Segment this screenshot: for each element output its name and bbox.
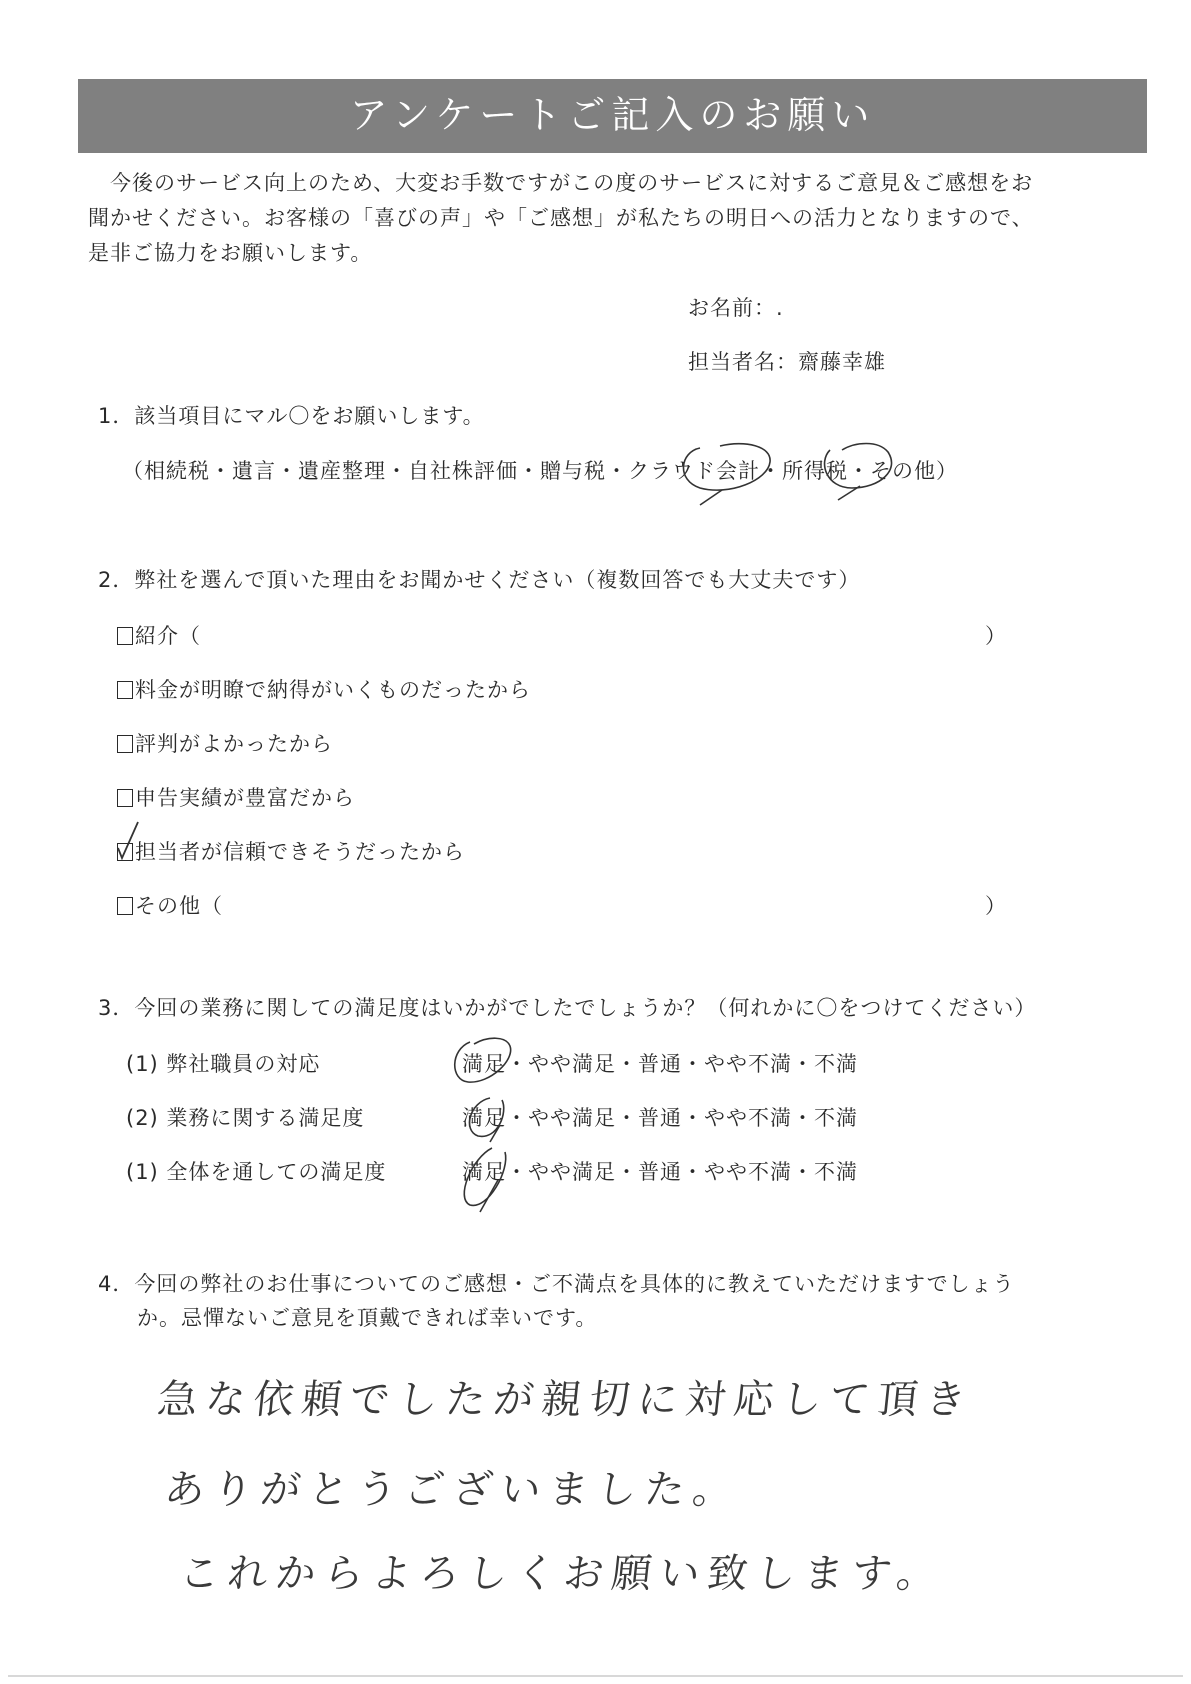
separator: ・: [792, 1106, 814, 1130]
q4-answer-line-1[interactable]: 急な依頼でしたが親切に対応して頂き: [155, 1368, 977, 1425]
q2-other-close-paren: ）: [985, 892, 1007, 920]
q1-option-inheritance-tax[interactable]: 相続税: [144, 459, 210, 483]
checkbox-unchecked-icon[interactable]: [117, 789, 133, 807]
q4-answer-line-2[interactable]: ありがとうございました。: [162, 1458, 744, 1515]
rating-dissatisfied[interactable]: 不満: [814, 1160, 858, 1184]
q1-question: 1．該当項目にマル〇をお願いします。: [98, 402, 485, 430]
checkbox-unchecked-icon[interactable]: [117, 627, 133, 645]
rating-somewhat-dissatisfied[interactable]: やや不満: [704, 1106, 792, 1130]
separator: ・: [506, 1106, 528, 1130]
q2-option-clear-pricing[interactable]: 料金が明瞭で納得がいくものだったから: [117, 676, 531, 704]
name-field[interactable]: お名前：.: [688, 294, 784, 322]
separator: ・: [760, 459, 782, 483]
intro-line-3: 是非ご協力をお願いします。: [88, 236, 372, 271]
q2-option-label: その他（: [135, 894, 223, 918]
rating-somewhat-satisfied[interactable]: やや満足: [528, 1052, 616, 1076]
q1-close-paren: ）: [936, 459, 958, 483]
q1-option-gift-tax[interactable]: 贈与税: [540, 459, 606, 483]
separator: ・: [276, 459, 298, 483]
q2-option-label: 申告実績が豊富だから: [135, 786, 355, 810]
separator: ・: [682, 1160, 704, 1184]
q3-row-1-scale: 満足・やや満足・普通・やや不満・不満: [462, 1050, 858, 1078]
rating-somewhat-dissatisfied[interactable]: やや不満: [704, 1052, 792, 1076]
separator: ・: [616, 1106, 638, 1130]
rating-somewhat-dissatisfied[interactable]: やや不満: [704, 1160, 792, 1184]
q4-answer-line-3[interactable]: これからよろしくお願い致します。: [177, 1542, 948, 1599]
title-bar: アンケートご記入のお願い: [78, 79, 1147, 153]
q2-option-good-reputation[interactable]: 評判がよかったから: [117, 730, 333, 758]
separator: ・: [506, 1052, 528, 1076]
q3-row-2-scale: 満足・やや満足・普通・やや不満・不満: [462, 1104, 858, 1132]
intro-line-2: 聞かせください。お客様の「喜びの声」や「ご感想」が私たちの明日への活力となります…: [88, 201, 1034, 236]
rating-satisfied[interactable]: 満足: [462, 1052, 506, 1076]
q1-option-income-tax[interactable]: 所得税: [782, 459, 848, 483]
separator: ・: [616, 1160, 638, 1184]
staff-field: 担当者名：齋藤幸雄: [688, 348, 886, 376]
page-bottom-rule: [8, 1675, 1183, 1677]
separator: ・: [682, 1106, 704, 1130]
q1-open-paren: （: [122, 459, 144, 483]
separator: ・: [848, 459, 870, 483]
q4-question-line-2: か。忌憚ないご意見を頂戴できれば幸いです。: [137, 1304, 597, 1332]
staff-label: 担当者名：: [688, 350, 798, 374]
rating-somewhat-satisfied[interactable]: やや満足: [528, 1160, 616, 1184]
q2-option-trustworthy-staff[interactable]: 担当者が信頼できそうだったから: [117, 838, 465, 866]
separator: ・: [210, 459, 232, 483]
q3-row-1-label: (1) 弊社職員の対応: [126, 1050, 320, 1078]
q1-options: （相続税・遺言・遺産整理・自社株評価・贈与税・クラウド会計・所得税・その他）: [122, 457, 958, 485]
rating-neutral[interactable]: 普通: [638, 1160, 682, 1184]
rating-satisfied[interactable]: 満足: [462, 1106, 506, 1130]
name-label: お名前：: [688, 296, 776, 320]
q3-row-3-scale: 満足・やや満足・普通・やや不満・不満: [462, 1158, 858, 1186]
q2-option-other[interactable]: その他（: [117, 892, 223, 920]
q3-row-2-label: (2) 業務に関する満足度: [126, 1104, 364, 1132]
q2-referral-close-paren: ）: [985, 622, 1007, 650]
checkbox-unchecked-icon[interactable]: [117, 735, 133, 753]
q4-question-line-1: 4．今回の弊社のお仕事についてのご感想・ご不満点を具体的に教えていただけますでし…: [98, 1270, 1015, 1298]
q2-option-label: 料金が明瞭で納得がいくものだったから: [135, 678, 531, 702]
separator: ・: [792, 1160, 814, 1184]
q2-question: 2．弊社を選んで頂いた理由をお聞かせください（複数回答でも大丈夫です）: [98, 566, 860, 594]
q2-option-label: 担当者が信頼できそうだったから: [135, 840, 465, 864]
q2-option-label: 評判がよかったから: [135, 732, 333, 756]
q3-question: 3．今回の業務に関しての満足度はいかがでしたでしょうか？（何れかに〇をつけてくだ…: [98, 994, 1036, 1022]
checkbox-unchecked-icon[interactable]: [117, 897, 133, 915]
q2-option-label: 紹介（: [135, 624, 201, 648]
rating-somewhat-satisfied[interactable]: やや満足: [528, 1106, 616, 1130]
rating-satisfied[interactable]: 満足: [462, 1160, 506, 1184]
rating-neutral[interactable]: 普通: [638, 1106, 682, 1130]
rating-dissatisfied[interactable]: 不満: [814, 1052, 858, 1076]
intro-line-1: 今後のサービス向上のため、大変お手数ですがこの度のサービスに対するご意見＆ご感想…: [110, 166, 1033, 201]
page-title: アンケートご記入のお願い: [78, 89, 1147, 141]
separator: ・: [518, 459, 540, 483]
q2-option-filing-experience[interactable]: 申告実績が豊富だから: [117, 784, 355, 812]
q1-option-estate-settlement[interactable]: 遺産整理: [298, 459, 386, 483]
q3-row-3-label: (1) 全体を通しての満足度: [126, 1158, 386, 1186]
rating-dissatisfied[interactable]: 不満: [814, 1106, 858, 1130]
separator: ・: [606, 459, 628, 483]
separator: ・: [386, 459, 408, 483]
q2-option-referral[interactable]: 紹介（: [117, 622, 201, 650]
checkbox-checked-icon[interactable]: [117, 843, 133, 861]
separator: ・: [506, 1160, 528, 1184]
name-value: .: [776, 296, 784, 320]
q1-option-stock-valuation[interactable]: 自社株評価: [408, 459, 518, 483]
rating-neutral[interactable]: 普通: [638, 1052, 682, 1076]
separator: ・: [616, 1052, 638, 1076]
separator: ・: [682, 1052, 704, 1076]
q1-option-cloud-accounting[interactable]: クラウド会計: [628, 459, 760, 483]
q1-option-will[interactable]: 遺言: [232, 459, 276, 483]
staff-value: 齋藤幸雄: [798, 350, 886, 374]
checkbox-unchecked-icon[interactable]: [117, 681, 133, 699]
q1-option-other[interactable]: その他: [870, 459, 936, 483]
separator: ・: [792, 1052, 814, 1076]
